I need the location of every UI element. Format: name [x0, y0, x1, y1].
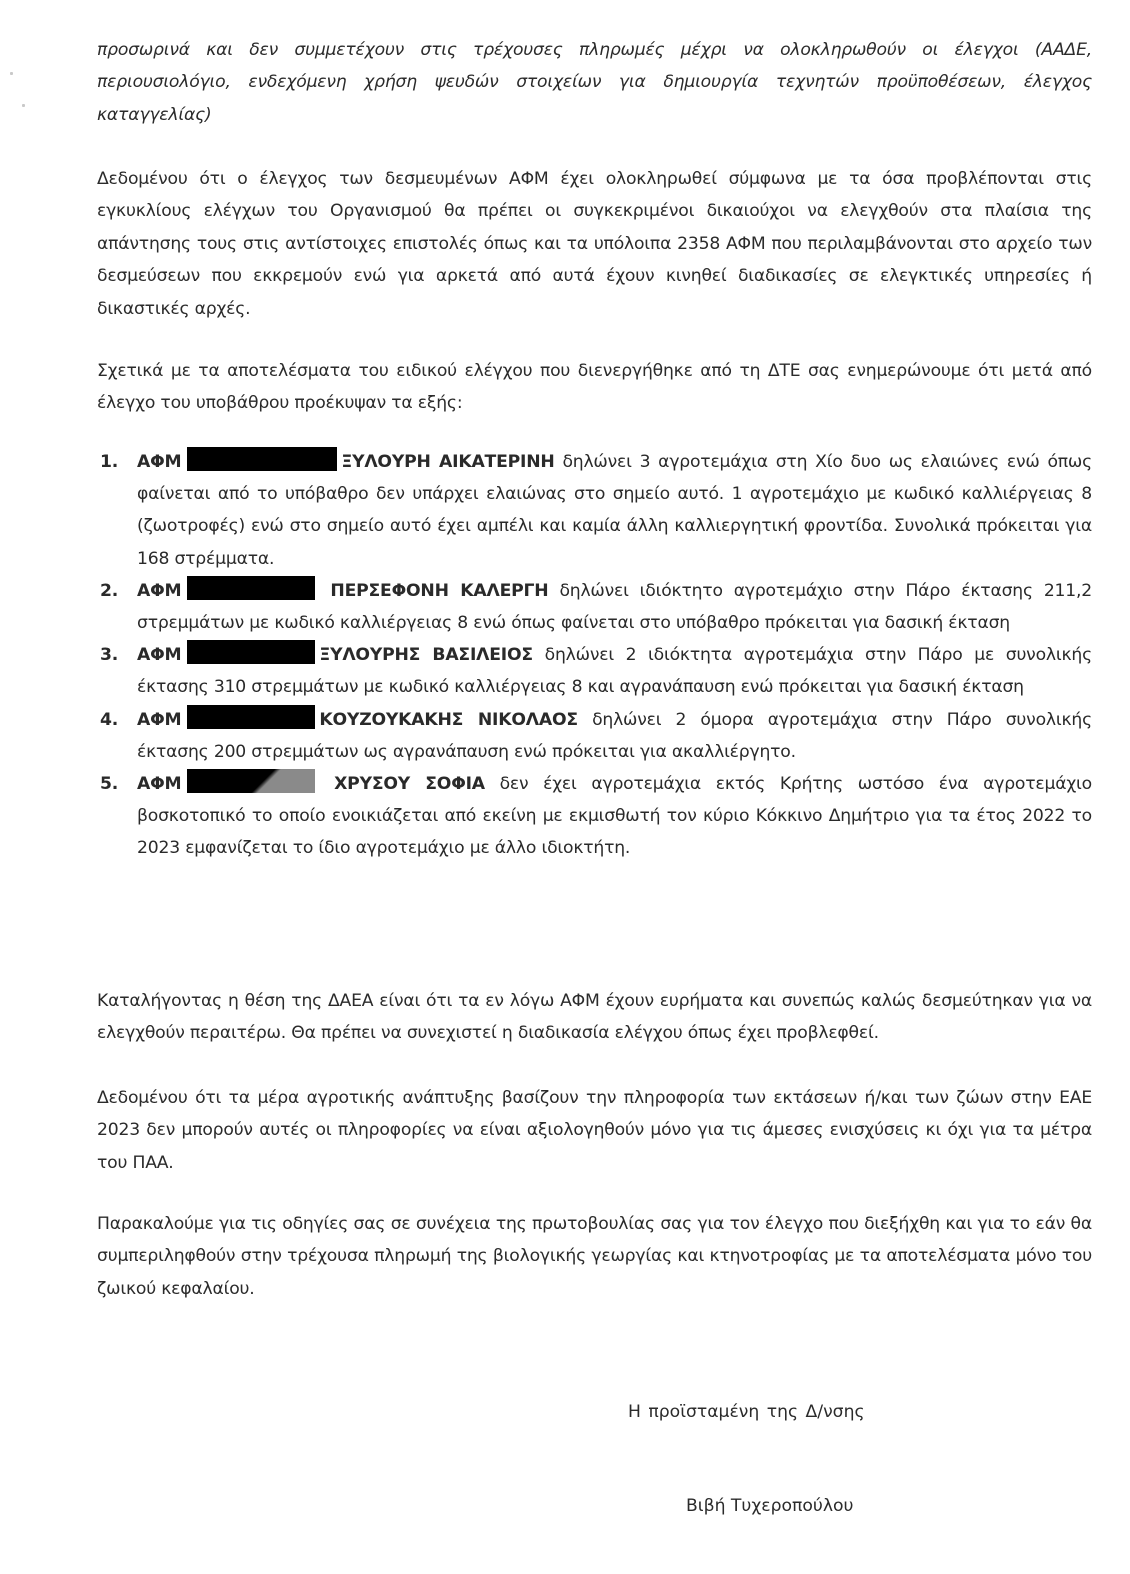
paragraph-dte-check-intro: Σχετικά με τα αποτελέσματα του ειδικού ε… [97, 355, 1092, 420]
afm-label: ΑΦΜ [137, 581, 181, 601]
scanned-letter-page: προσωρινά και δεν συμμετέχουν στις τρέχο… [0, 0, 1130, 1574]
finding-item: 5. ΑΦΜ ΧΡΥΣΟΥ ΣΟΦΙΑ δεν έχει αγροτεμάχια… [100, 768, 1092, 865]
afm-label: ΑΦΜ [137, 774, 181, 794]
signature-title: Η προϊσταμένη της Δ/νσης [628, 1402, 865, 1422]
redaction-bar [187, 640, 315, 664]
finding-number: 5. [100, 768, 118, 800]
paragraph-frozen-afm-review: Δεδομένου ότι ο έλεγχος των δεσμευμένων … [97, 163, 1092, 325]
paragraph-rural-development-measures: Δεδομένου ότι τα μέρα αγροτικής ανάπτυξη… [97, 1082, 1092, 1179]
finding-number: 3. [100, 639, 118, 671]
beneficiary-name: ΞΥΛΟΥΡΗΣ ΒΑΣΙΛΕΙΟΣ [319, 645, 533, 665]
paragraph-request-instructions: Παρακαλούμε για τις οδηγίες σας σε συνέχ… [97, 1208, 1092, 1305]
finding-number: 4. [100, 704, 118, 736]
finding-item: 2. ΑΦΜ ΠΕΡΣΕΦΟΝΗ ΚΑΛΕΡΓΗ δηλώνει ιδιόκτη… [100, 575, 1092, 639]
scan-speck [10, 72, 13, 75]
beneficiary-name: ΚΟΥΖΟΥΚΑΚΗΣ ΝΙΚΟΛΑΟΣ [319, 710, 578, 730]
redaction-bar [187, 576, 315, 600]
redaction-bar [187, 705, 315, 729]
finding-item: 1. ΑΦΜΞΥΛΟΥΡΗ ΑΙΚΑΤΕΡΙΝΗ δηλώνει 3 αγροτ… [100, 446, 1092, 575]
finding-number: 2. [100, 575, 118, 607]
paragraph-pending-checks: προσωρινά και δεν συμμετέχουν στις τρέχο… [97, 34, 1092, 131]
beneficiary-name: ΞΥΛΟΥΡΗ ΑΙΚΑΤΕΡΙΝΗ [341, 452, 554, 472]
redaction-bar [187, 769, 315, 793]
afm-label: ΑΦΜ [137, 710, 181, 730]
paragraph-daea-position: Καταλήγοντας η θέση της ΔΑΕΑ είναι ότι τ… [97, 985, 1092, 1050]
signature-name: Βιβή Τυχεροπούλου [686, 1496, 853, 1516]
afm-label: ΑΦΜ [137, 452, 181, 472]
finding-item: 4. ΑΦΜΚΟΥΖΟΥΚΑΚΗΣ ΝΙΚΟΛΑΟΣ δηλώνει 2 όμο… [100, 704, 1092, 768]
redaction-bar [187, 447, 337, 471]
afm-label: ΑΦΜ [137, 645, 181, 665]
scan-speck [22, 104, 25, 107]
finding-number: 1. [100, 446, 118, 478]
findings-list: 1. ΑΦΜΞΥΛΟΥΡΗ ΑΙΚΑΤΕΡΙΝΗ δηλώνει 3 αγροτ… [100, 446, 1092, 865]
beneficiary-name: ΧΡΥΣΟΥ ΣΟΦΙΑ [334, 774, 485, 794]
beneficiary-name: ΠΕΡΣΕΦΟΝΗ ΚΑΛΕΡΓΗ [330, 581, 548, 601]
finding-item: 3. ΑΦΜΞΥΛΟΥΡΗΣ ΒΑΣΙΛΕΙΟΣ δηλώνει 2 ιδιόκ… [100, 639, 1092, 703]
